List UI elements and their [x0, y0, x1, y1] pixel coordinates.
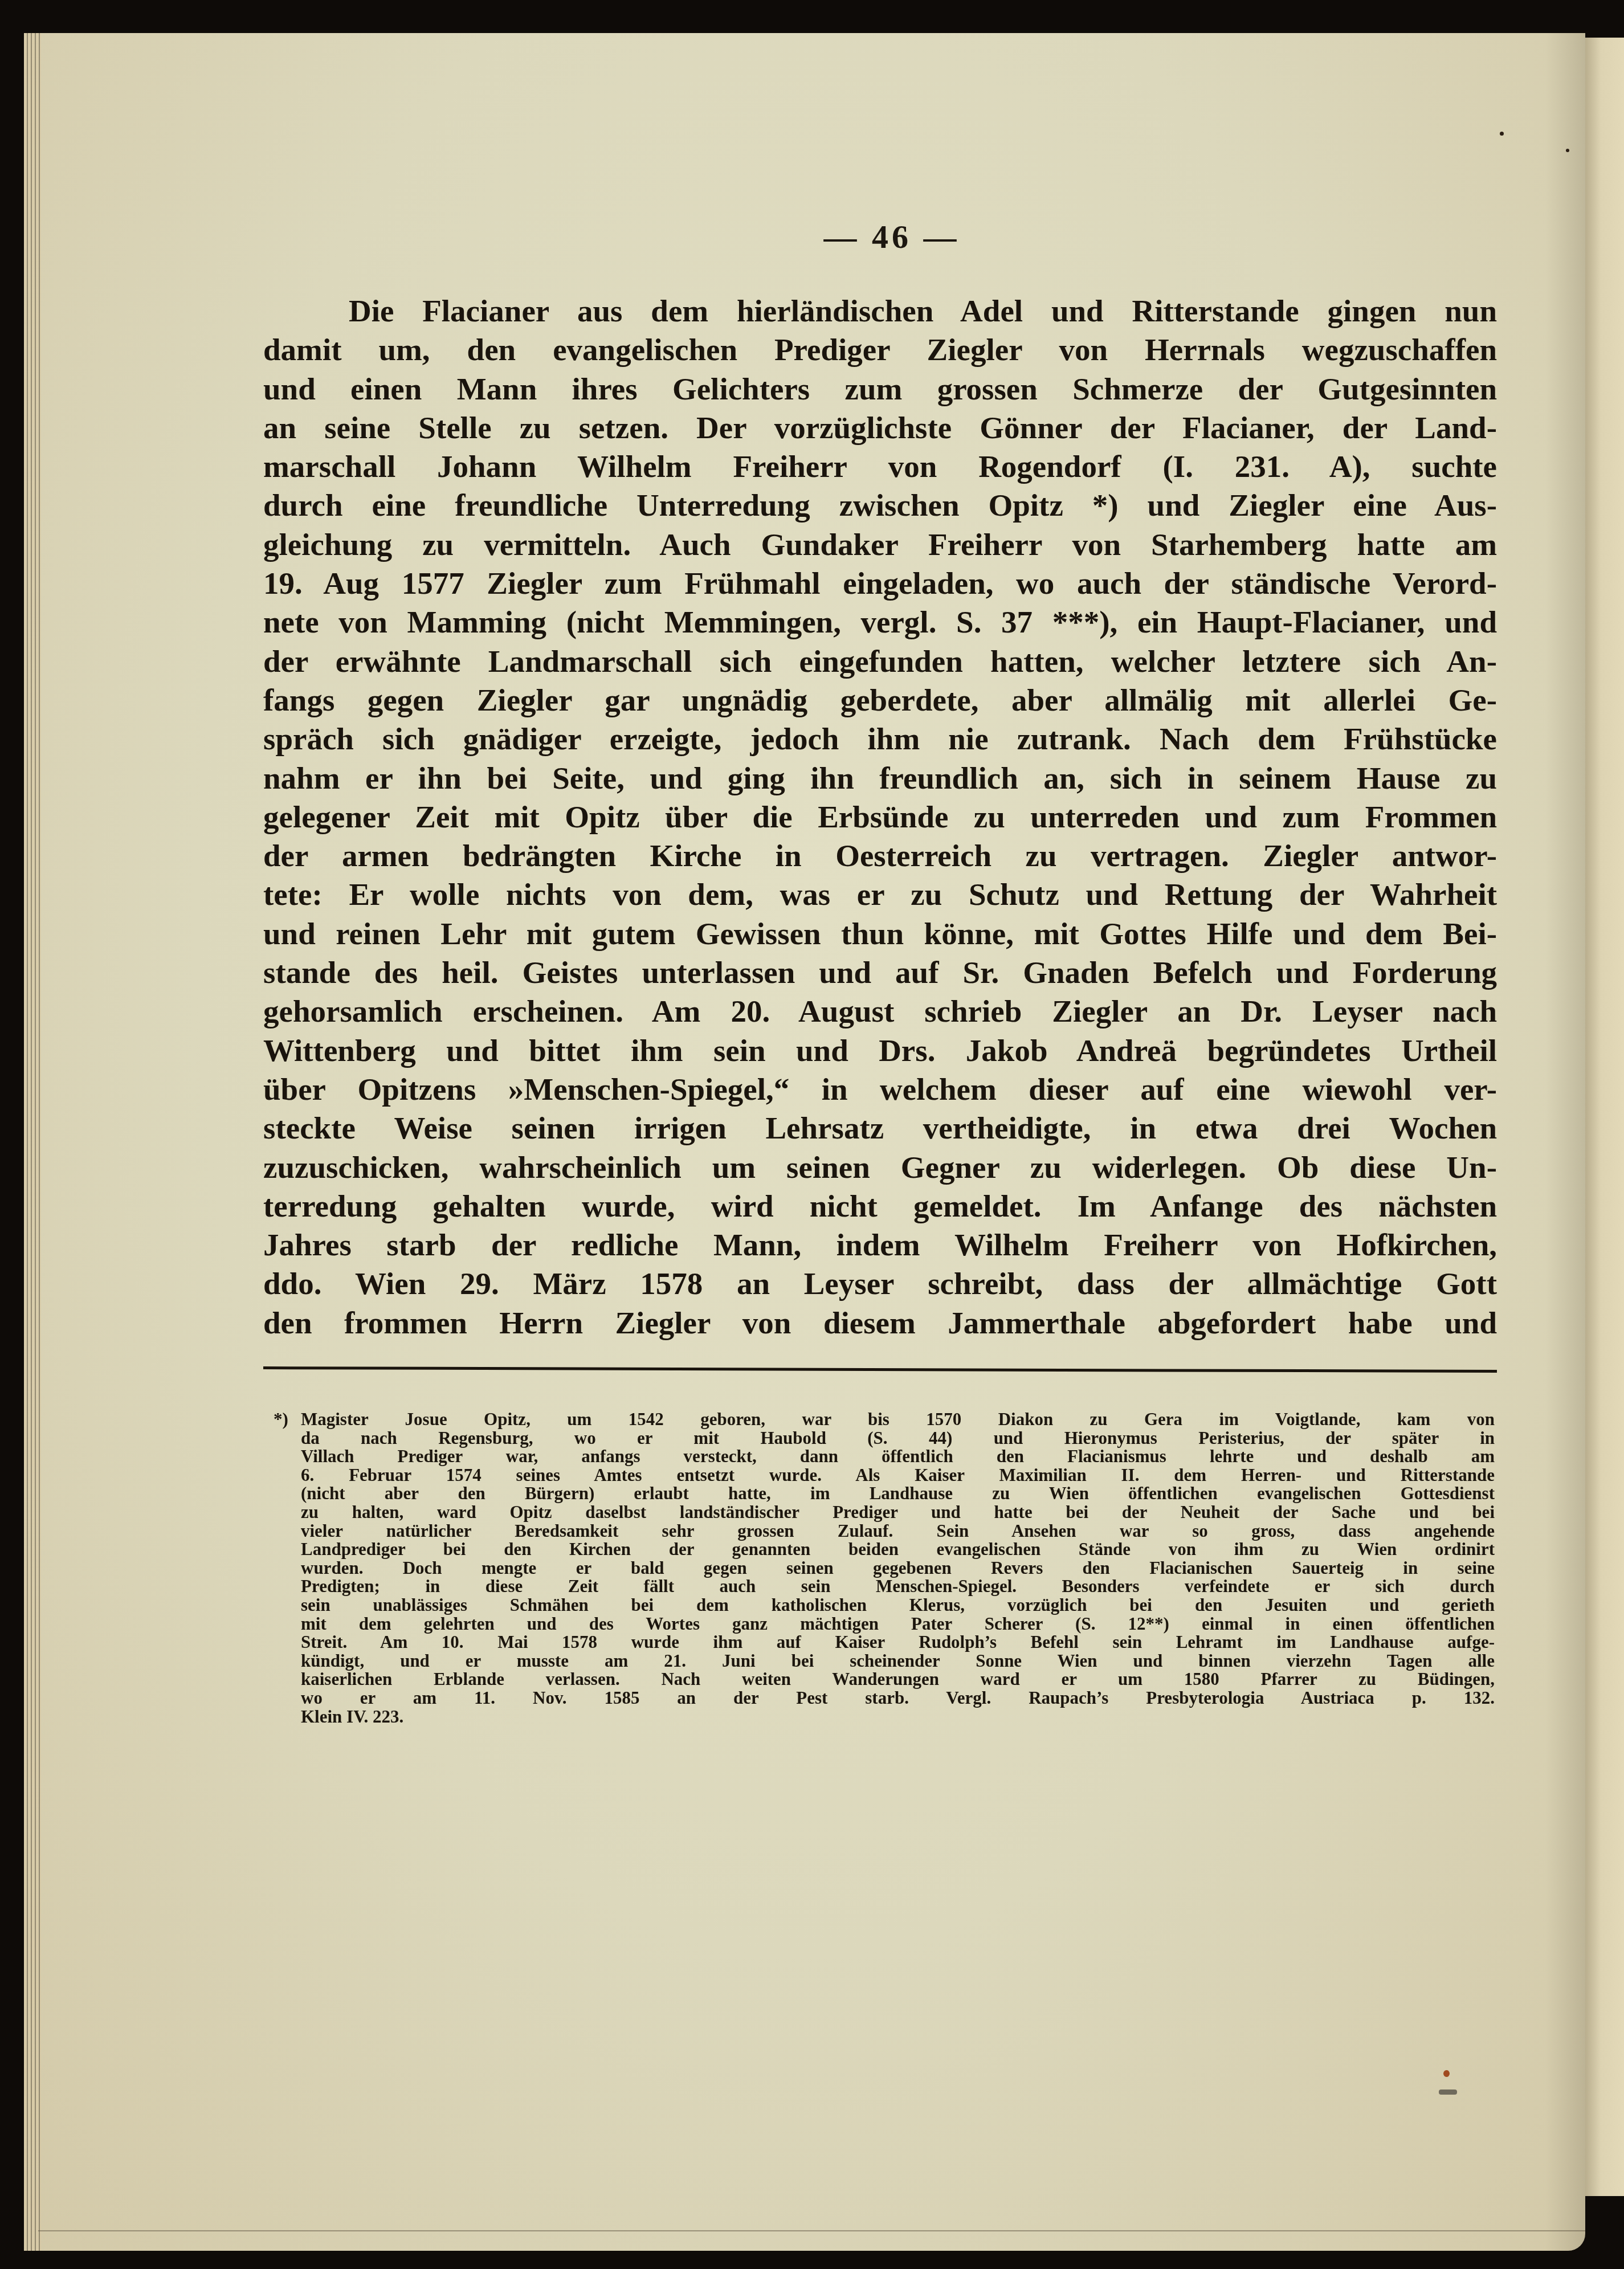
- text-line: marschall Johann Wilhelm Freiherr von Ro…: [263, 447, 1497, 486]
- paper-speck: [1443, 2070, 1450, 2077]
- text-line: durch eine freundliche Unterredung zwisc…: [263, 486, 1497, 525]
- footnote-line: mit dem gelehrten und des Wortes ganz mä…: [301, 1615, 1495, 1634]
- text-line: der erwähnte Landmarschall sich eingefun…: [263, 642, 1497, 681]
- footnote-line: wo er am 11. Nov. 1585 an der Pest starb…: [301, 1689, 1495, 1708]
- text-line: damit um, den evangelischen Prediger Zie…: [263, 330, 1497, 369]
- page-number: — 46 —: [815, 218, 969, 256]
- text-line: den frommen Herrn Ziegler von diesem Jam…: [263, 1304, 1497, 1342]
- footnote: *) Magister Josue Opitz, um 1542 geboren…: [301, 1410, 1495, 1726]
- footnote-line: wurden. Doch mengte er bald gegen seinen…: [301, 1559, 1495, 1578]
- paper-speck: [1500, 132, 1504, 136]
- text-line: ddo. Wien 29. März 1578 an Leyser schrei…: [263, 1264, 1497, 1303]
- page-stack-edge: [24, 33, 41, 2251]
- text-line: und einen Mann ihres Gelichters zum gros…: [263, 370, 1497, 409]
- footnote-line: kündigt, und er musste am 21. Juni bei s…: [301, 1652, 1495, 1671]
- text-line: Die Flacianer aus dem hierländischen Ade…: [263, 292, 1497, 330]
- text-line: tete: Er wolle nichts von dem, was er zu…: [263, 875, 1497, 914]
- footnote-line: Streit. Am 10. Mai 1578 wurde ihm auf Ka…: [301, 1633, 1495, 1652]
- text-line: an seine Stelle zu setzen. Der vorzüglic…: [263, 409, 1497, 447]
- adjacent-page-edge: [1585, 38, 1624, 2196]
- text-line: steckte Weise seinen irrigen Lehrsatz ve…: [263, 1109, 1497, 1148]
- paper-speck: [1566, 149, 1569, 152]
- text-line: spräch sich gnädiger erzeigte, jedoch ih…: [263, 720, 1497, 758]
- footnote-line: da nach Regensburg, wo er mit Haubold (S…: [301, 1429, 1495, 1448]
- text-line: gleichung zu vermitteln. Auch Gundaker F…: [263, 525, 1497, 564]
- footnote-line: Klein IV. 223.: [301, 1708, 1495, 1727]
- text-line: terredung gehalten wurde, wird nicht gem…: [263, 1187, 1497, 1226]
- footnote-line: kaiserlichen Erblande verlassen. Nach we…: [301, 1670, 1495, 1689]
- footnote-line: zu halten, ward Opitz daselbst landständ…: [301, 1503, 1495, 1522]
- footnote-line: Predigten; in diese Zeit fällt auch sein…: [301, 1577, 1495, 1596]
- text-line: stande des heil. Geistes unterlassen und…: [263, 953, 1497, 992]
- text-line: nahm er ihn bei Seite, und ging ihn freu…: [263, 759, 1497, 798]
- text-line: über Opitzens »Menschen-Spiegel,“ in wel…: [263, 1070, 1497, 1109]
- footnote-line: (nicht aber den Bürgern) erlaubt hatte, …: [301, 1484, 1495, 1503]
- footnote-line: vieler natürlicher Beredsamkeit sehr gro…: [301, 1522, 1495, 1541]
- text-line: gelegener Zeit mit Opitz über die Erbsün…: [263, 798, 1497, 836]
- page-bottom-edge: [38, 2230, 1585, 2231]
- footnote-line: Landprediger bei den Kirchen der genannt…: [301, 1540, 1495, 1559]
- text-line: zuzuschicken, wahrscheinlich um seinen G…: [263, 1148, 1497, 1187]
- text-line: fangs gegen Ziegler gar ungnädig geberde…: [263, 681, 1497, 720]
- footnote-line: sein unablässiges Schmähen bei dem katho…: [301, 1596, 1495, 1615]
- text-line: nete von Mamming (nicht Memmingen, vergl…: [263, 603, 1497, 642]
- text-line: und reinen Lehr mit gutem Gewissen thun …: [263, 915, 1497, 953]
- footnote-marker: *): [274, 1410, 288, 1429]
- gutter-shadow: [1545, 33, 1585, 2251]
- footnote-line: Villach Prediger war, anfangs versteckt,…: [301, 1447, 1495, 1466]
- main-text: Die Flacianer aus dem hierländischen Ade…: [263, 292, 1497, 1342]
- text-line: 19. Aug 1577 Ziegler zum Frühmahl eingel…: [263, 564, 1497, 603]
- paper-speck: [1439, 2090, 1457, 2095]
- footnote-line: Magister Josue Opitz, um 1542 geboren, w…: [301, 1410, 1495, 1429]
- text-line: Wittenberg und bittet ihm sein und Drs. …: [263, 1031, 1497, 1070]
- footnote-line: 6. Februar 1574 seines Amtes entsetzt wu…: [301, 1466, 1495, 1485]
- text-line: Jahres starb der redliche Mann, indem Wi…: [263, 1226, 1497, 1264]
- text-line: der armen bedrängten Kirche in Oesterrei…: [263, 836, 1497, 875]
- text-line: gehorsamlich erscheinen. Am 20. August s…: [263, 992, 1497, 1031]
